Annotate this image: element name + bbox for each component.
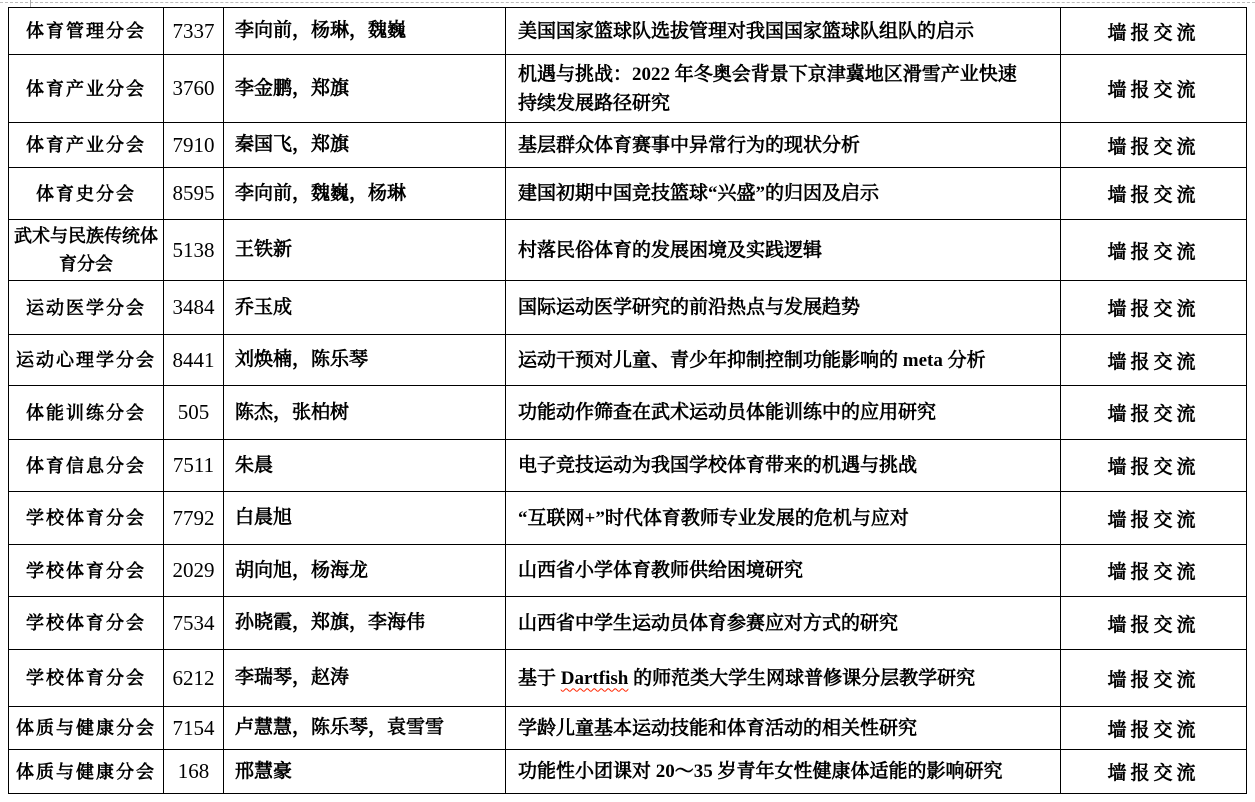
cell-paper-id[interactable]: 7337 xyxy=(164,8,224,55)
cell-paper-id[interactable]: 505 xyxy=(164,386,224,440)
table-row: 体能训练分会505陈杰，张柏树功能动作筛查在武术运动员体能训练中的应用研究墙报交… xyxy=(9,386,1247,440)
cell-title[interactable]: 机遇与挑战：2022 年冬奥会背景下京津冀地区滑雪产业快速持续发展路径研究 xyxy=(506,55,1061,123)
cell-title[interactable]: 基于 Dartfish 的师范类大学生网球普修课分层教学研究 xyxy=(506,650,1061,707)
table-row: 体质与健康分会168邢慧豪功能性小团课对 20～35 岁青年女性健康体适能的影响… xyxy=(9,750,1247,794)
cell-authors[interactable]: 邢慧豪 xyxy=(224,750,506,794)
cell-paper-id[interactable]: 8595 xyxy=(164,168,224,220)
cell-title[interactable]: 山西省中学生运动员体育参赛应对方式的研究 xyxy=(506,597,1061,650)
papers-table-body: 体育管理分会7337李向前，杨琳，魏巍美国国家篮球队选拔管理对我国国家篮球队组队… xyxy=(9,8,1247,794)
cell-division[interactable]: 学校体育分会 xyxy=(9,545,164,597)
cell-authors[interactable]: 秦国飞，郑旗 xyxy=(224,123,506,168)
cell-format[interactable]: 墙报交流 xyxy=(1061,335,1247,386)
cell-title[interactable]: 建国初期中国竞技篮球“兴盛”的归因及启示 xyxy=(506,168,1061,220)
cell-division[interactable]: 体育信息分会 xyxy=(9,440,164,492)
spellcheck-underlined-word: Dartfish xyxy=(561,668,629,689)
cell-format[interactable]: 墙报交流 xyxy=(1061,55,1247,123)
cell-format[interactable]: 墙报交流 xyxy=(1061,220,1247,281)
table-row: 学校体育分会2029胡向旭，杨海龙山西省小学体育教师供给困境研究墙报交流 xyxy=(9,545,1247,597)
cell-division[interactable]: 体质与健康分会 xyxy=(9,707,164,750)
cell-authors[interactable]: 李向前，魏巍，杨琳 xyxy=(224,168,506,220)
cell-format[interactable]: 墙报交流 xyxy=(1061,168,1247,220)
table-row: 武术与民族传统体育分会5138王铁新村落民俗体育的发展困境及实践逻辑墙报交流 xyxy=(9,220,1247,281)
cell-authors[interactable]: 乔玉成 xyxy=(224,281,506,335)
table-row: 学校体育分会7534孙晓霞，郑旗，李海伟山西省中学生运动员体育参赛应对方式的研究… xyxy=(9,597,1247,650)
cell-authors[interactable]: 陈杰，张柏树 xyxy=(224,386,506,440)
cell-title[interactable]: “互联网+”时代体育教师专业发展的危机与应对 xyxy=(506,492,1061,545)
cell-division[interactable]: 运动心理学分会 xyxy=(9,335,164,386)
cell-paper-id[interactable]: 3484 xyxy=(164,281,224,335)
cell-format[interactable]: 墙报交流 xyxy=(1061,750,1247,794)
cell-title[interactable]: 功能动作筛查在武术运动员体能训练中的应用研究 xyxy=(506,386,1061,440)
cell-authors[interactable]: 刘焕楠，陈乐琴 xyxy=(224,335,506,386)
cell-paper-id[interactable]: 2029 xyxy=(164,545,224,597)
document-page: 体育管理分会7337李向前，杨琳，魏巍美国国家篮球队选拔管理对我国国家篮球队组队… xyxy=(0,0,1255,802)
cell-title[interactable]: 村落民俗体育的发展困境及实践逻辑 xyxy=(506,220,1061,281)
table-row: 学校体育分会6212李瑞琴，赵涛基于 Dartfish 的师范类大学生网球普修课… xyxy=(9,650,1247,707)
cell-division[interactable]: 学校体育分会 xyxy=(9,492,164,545)
cell-division[interactable]: 武术与民族传统体育分会 xyxy=(9,220,164,281)
cell-title[interactable]: 美国国家篮球队选拔管理对我国国家篮球队组队的启示 xyxy=(506,8,1061,55)
cell-paper-id[interactable]: 7511 xyxy=(164,440,224,492)
cell-authors[interactable]: 李金鹏，郑旗 xyxy=(224,55,506,123)
title-text: 的师范类大学生网球普修课分层教学研究 xyxy=(628,668,975,689)
table-row: 运动医学分会3484乔玉成国际运动医学研究的前沿热点与发展趋势墙报交流 xyxy=(9,281,1247,335)
papers-table: 体育管理分会7337李向前，杨琳，魏巍美国国家篮球队选拔管理对我国国家篮球队组队… xyxy=(8,7,1247,794)
cell-format[interactable]: 墙报交流 xyxy=(1061,650,1247,707)
cell-authors[interactable]: 李向前，杨琳，魏巍 xyxy=(224,8,506,55)
cell-format[interactable]: 墙报交流 xyxy=(1061,8,1247,55)
cell-format[interactable]: 墙报交流 xyxy=(1061,386,1247,440)
cell-format[interactable]: 墙报交流 xyxy=(1061,545,1247,597)
cell-format[interactable]: 墙报交流 xyxy=(1061,492,1247,545)
cell-title[interactable]: 学龄儿童基本运动技能和体育活动的相关性研究 xyxy=(506,707,1061,750)
cell-paper-id[interactable]: 8441 xyxy=(164,335,224,386)
cell-division[interactable]: 运动医学分会 xyxy=(9,281,164,335)
cell-format[interactable]: 墙报交流 xyxy=(1061,281,1247,335)
cell-division[interactable]: 体育产业分会 xyxy=(9,55,164,123)
cell-paper-id[interactable]: 5138 xyxy=(164,220,224,281)
title-text: 基于 xyxy=(518,668,561,689)
cell-title[interactable]: 基层群众体育赛事中异常行为的现状分析 xyxy=(506,123,1061,168)
cell-format[interactable]: 墙报交流 xyxy=(1061,707,1247,750)
table-row: 体育管理分会7337李向前，杨琳，魏巍美国国家篮球队选拔管理对我国国家篮球队组队… xyxy=(9,8,1247,55)
text-boundary-tick xyxy=(30,0,31,7)
cell-paper-id[interactable]: 7910 xyxy=(164,123,224,168)
cell-format[interactable]: 墙报交流 xyxy=(1061,440,1247,492)
table-row: 体质与健康分会7154卢慧慧，陈乐琴，袁雪雪学龄儿童基本运动技能和体育活动的相关… xyxy=(9,707,1247,750)
cell-paper-id[interactable]: 7792 xyxy=(164,492,224,545)
cell-title[interactable]: 国际运动医学研究的前沿热点与发展趋势 xyxy=(506,281,1061,335)
table-row: 学校体育分会7792白晨旭“互联网+”时代体育教师专业发展的危机与应对墙报交流 xyxy=(9,492,1247,545)
cell-division[interactable]: 体能训练分会 xyxy=(9,386,164,440)
cell-title[interactable]: 山西省小学体育教师供给困境研究 xyxy=(506,545,1061,597)
table-row: 体育史分会8595李向前，魏巍，杨琳建国初期中国竞技篮球“兴盛”的归因及启示墙报… xyxy=(9,168,1247,220)
cell-division[interactable]: 体育产业分会 xyxy=(9,123,164,168)
cell-authors[interactable]: 胡向旭，杨海龙 xyxy=(224,545,506,597)
cell-format[interactable]: 墙报交流 xyxy=(1061,597,1247,650)
cell-division[interactable]: 体育史分会 xyxy=(9,168,164,220)
cell-division[interactable]: 体质与健康分会 xyxy=(9,750,164,794)
table-row: 体育信息分会7511朱晨电子竞技运动为我国学校体育带来的机遇与挑战墙报交流 xyxy=(9,440,1247,492)
cell-paper-id[interactable]: 168 xyxy=(164,750,224,794)
cell-title[interactable]: 运动干预对儿童、青少年抑制控制功能影响的 meta 分析 xyxy=(506,335,1061,386)
cell-authors[interactable]: 卢慧慧，陈乐琴，袁雪雪 xyxy=(224,707,506,750)
cell-paper-id[interactable]: 7154 xyxy=(164,707,224,750)
cell-authors[interactable]: 孙晓霞，郑旗，李海伟 xyxy=(224,597,506,650)
cell-division[interactable]: 学校体育分会 xyxy=(9,597,164,650)
cell-title[interactable]: 电子竞技运动为我国学校体育带来的机遇与挑战 xyxy=(506,440,1061,492)
table-row: 体育产业分会7910秦国飞，郑旗基层群众体育赛事中异常行为的现状分析墙报交流 xyxy=(9,123,1247,168)
cell-paper-id[interactable]: 6212 xyxy=(164,650,224,707)
table-row: 体育产业分会3760李金鹏，郑旗机遇与挑战：2022 年冬奥会背景下京津冀地区滑… xyxy=(9,55,1247,123)
table-row: 运动心理学分会8441刘焕楠，陈乐琴运动干预对儿童、青少年抑制控制功能影响的 m… xyxy=(9,335,1247,386)
cell-format[interactable]: 墙报交流 xyxy=(1061,123,1247,168)
cell-authors[interactable]: 李瑞琴，赵涛 xyxy=(224,650,506,707)
cell-authors[interactable]: 朱晨 xyxy=(224,440,506,492)
text-boundary-line xyxy=(0,2,1255,3)
cell-division[interactable]: 体育管理分会 xyxy=(9,8,164,55)
cell-authors[interactable]: 白晨旭 xyxy=(224,492,506,545)
cell-title[interactable]: 功能性小团课对 20～35 岁青年女性健康体适能的影响研究 xyxy=(506,750,1061,794)
cell-authors[interactable]: 王铁新 xyxy=(224,220,506,281)
cell-paper-id[interactable]: 7534 xyxy=(164,597,224,650)
cell-division[interactable]: 学校体育分会 xyxy=(9,650,164,707)
cell-paper-id[interactable]: 3760 xyxy=(164,55,224,123)
